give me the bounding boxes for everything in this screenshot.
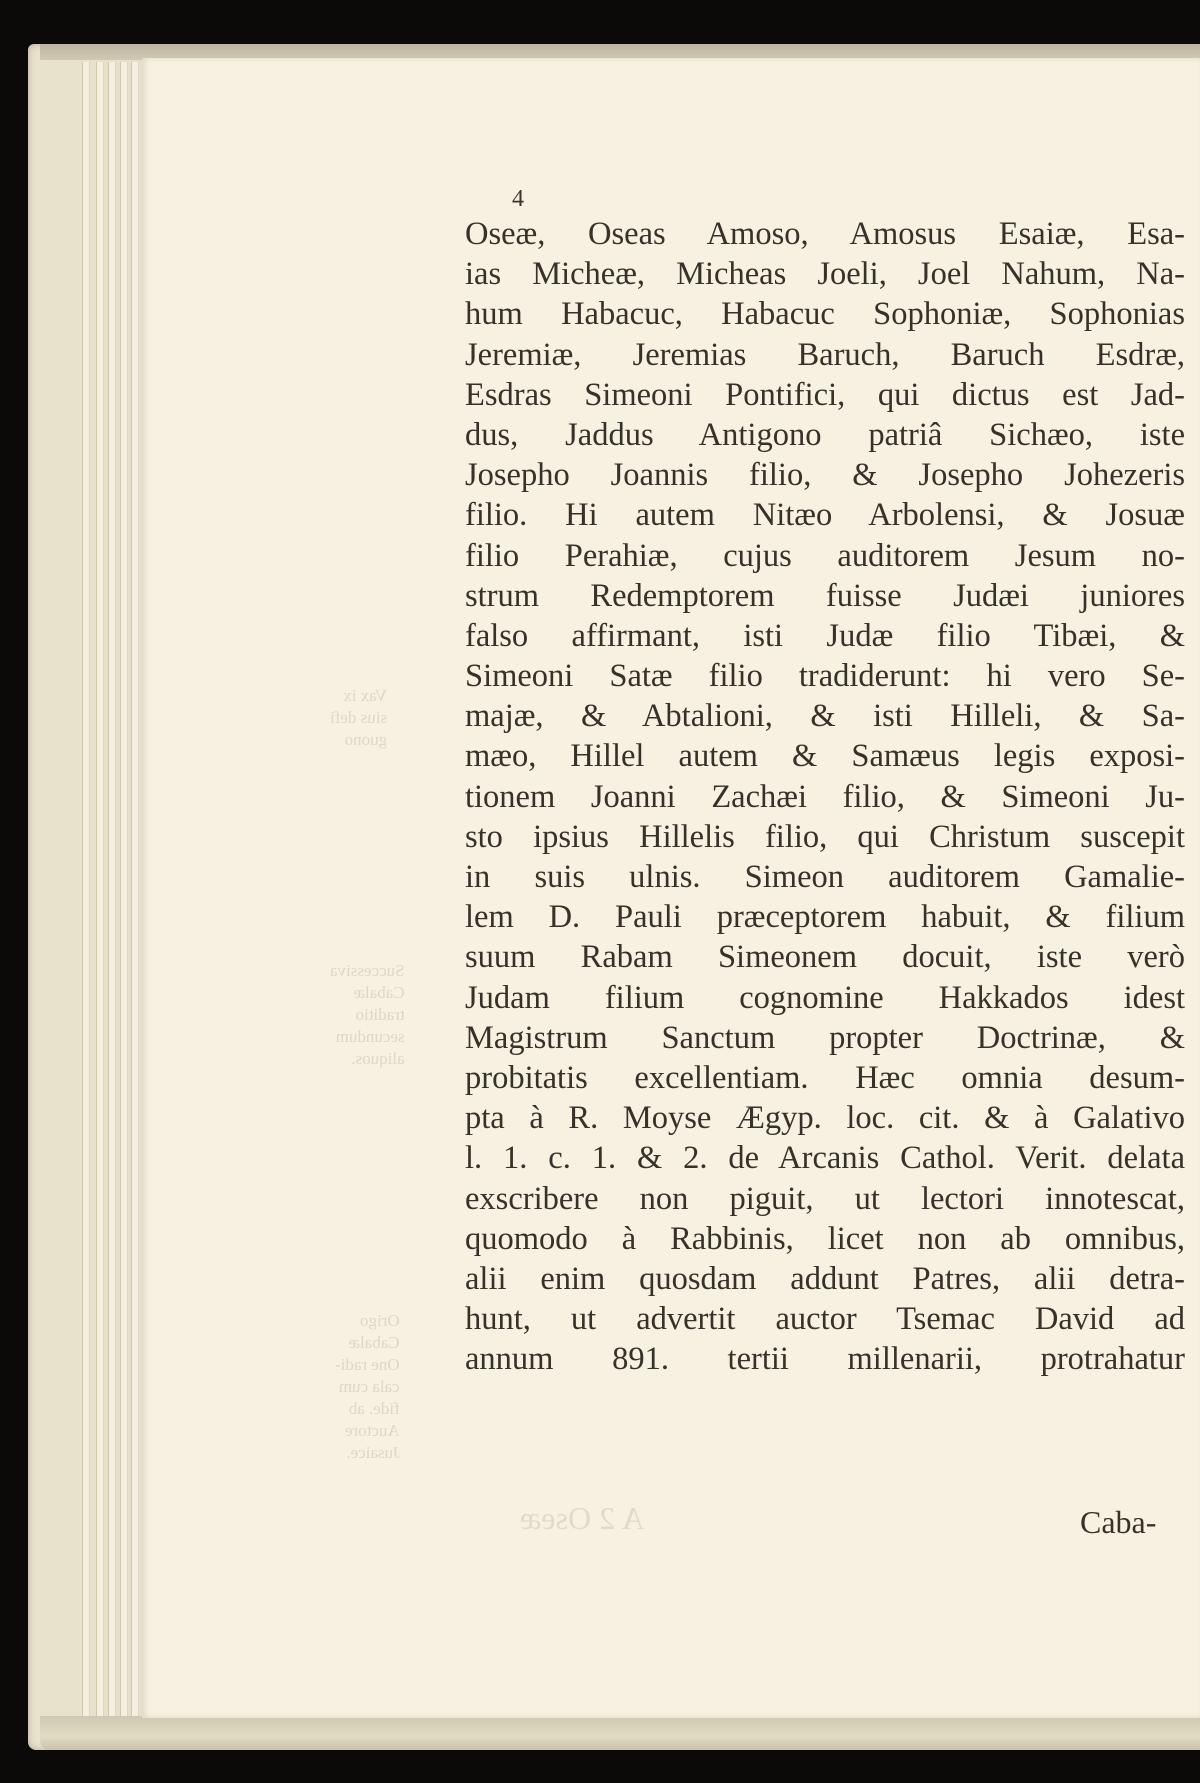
text-line: pta à R. Moyse Ægyp. loc. cit. & à Galat… bbox=[465, 1098, 1185, 1138]
text-line: dus, Jaddus Antigono patriâ Sichæo, iste bbox=[465, 415, 1185, 455]
text-line: Judam filium cognomine Hakkados idest bbox=[465, 978, 1185, 1018]
text-line: probitatis excellentiam. Hæc omnia desum… bbox=[465, 1058, 1185, 1098]
text-line: lem D. Pauli præceptorem habuit, & filiu… bbox=[465, 897, 1185, 937]
text-line: hunt, ut advertit auctor Tsemac David ad bbox=[465, 1299, 1185, 1339]
text-line: strum Redemptorem fuisse Judæi juniores bbox=[465, 576, 1185, 616]
page-stack-edge bbox=[131, 62, 139, 1716]
text-line: l. 1. c. 1. & 2. de Arcanis Cathol. Veri… bbox=[465, 1138, 1185, 1178]
page-stack-edge bbox=[120, 62, 128, 1716]
showthrough-margin-note: Successiva Cabalæ traditio secundum aliq… bbox=[330, 960, 405, 1070]
text-line: exscribere non piguit, ut lectori innote… bbox=[465, 1179, 1185, 1219]
showthrough-margin-note: Origo Cabalæ One radi- cala cum fide. ab… bbox=[335, 1310, 400, 1464]
text-line: in suis ulnis. Simeon auditorem Gamalie- bbox=[465, 857, 1185, 897]
showthrough-signature: A 2 Oseæ bbox=[520, 1500, 644, 1537]
page-stack-edge bbox=[82, 62, 90, 1716]
page-stack-edge bbox=[108, 62, 116, 1716]
text-line: Oseæ, Oseas Amoso, Amosus Esaiæ, Esa- bbox=[465, 214, 1185, 254]
text-line: tionem Joanni Zachæi filio, & Simeoni Ju… bbox=[465, 777, 1185, 817]
text-line: quomodo à Rabbinis, licet non ab omnibus… bbox=[465, 1219, 1185, 1259]
text-line: Esdras Simeoni Pontifici, qui dictus est… bbox=[465, 375, 1185, 415]
cover-bottom-edge bbox=[40, 1716, 1200, 1750]
text-line: filio Perahiæ, cujus auditorem Jesum no- bbox=[465, 536, 1185, 576]
text-line: hum Habacuc, Habacuc Sophoniæ, Sophonias bbox=[465, 294, 1185, 334]
catchword: Caba- bbox=[1080, 1504, 1156, 1541]
text-line: Simeoni Satæ filio tradiderunt: hi vero … bbox=[465, 656, 1185, 696]
body-text: Oseæ, Oseas Amoso, Amosus Esaiæ, Esa- ia… bbox=[465, 214, 1185, 1379]
text-line: suum Rabam Simeonem docuit, iste verò bbox=[465, 937, 1185, 977]
text-line: filio. Hi autem Nitæo Arbolensi, & Josuæ bbox=[465, 495, 1185, 535]
page-number: 4 bbox=[512, 186, 524, 213]
text-line: Josepho Joannis filio, & Josepho Johezer… bbox=[465, 455, 1185, 495]
text-line: majæ, & Abtalioni, & isti Hilleli, & Sa- bbox=[465, 696, 1185, 736]
text-line: annum 891. tertii millenarii, protrahatu… bbox=[465, 1339, 1185, 1379]
text-line: mæo, Hillel autem & Samæus legis exposi- bbox=[465, 736, 1185, 776]
text-line: Magistrum Sanctum propter Doctrinæ, & bbox=[465, 1018, 1185, 1058]
page-stack-edge bbox=[96, 62, 104, 1716]
text-line: ias Micheæ, Micheas Joeli, Joel Nahum, N… bbox=[465, 254, 1185, 294]
text-line: alii enim quosdam addunt Patres, alii de… bbox=[465, 1259, 1185, 1299]
showthrough-margin-note: Vax ix sius defi guono bbox=[330, 685, 387, 751]
text-line: sto ipsius Hillelis filio, qui Christum … bbox=[465, 817, 1185, 857]
text-line: falso affirmant, isti Judæ filio Tibæi, … bbox=[465, 616, 1185, 656]
text-line: Jeremiæ, Jeremias Baruch, Baruch Esdræ, bbox=[465, 335, 1185, 375]
